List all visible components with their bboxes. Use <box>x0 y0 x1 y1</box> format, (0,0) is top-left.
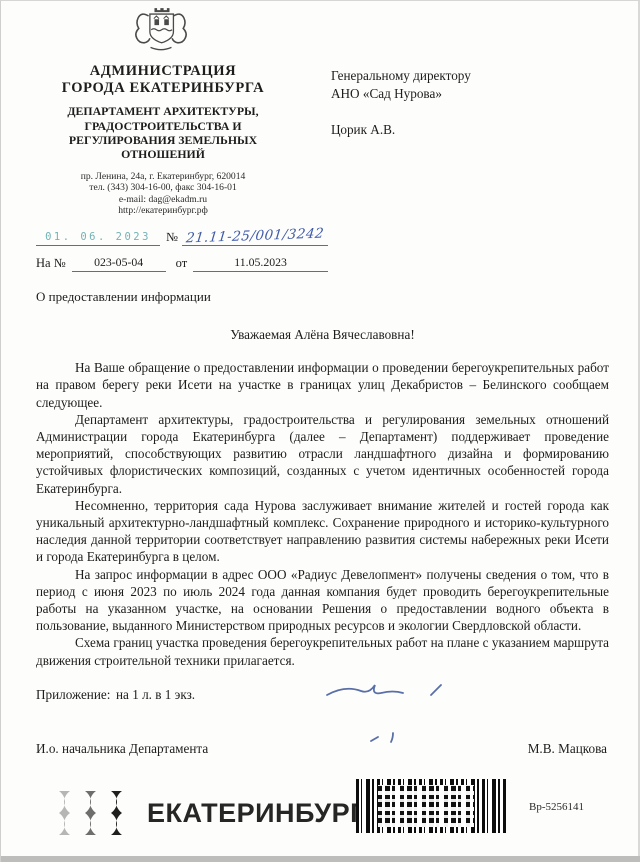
body-paragraph: Схема границ участка проведения берегоук… <box>36 634 609 668</box>
email-address: e-mail: dag@ekadm.ru <box>29 194 297 206</box>
postal-address: пр. Ленина, 24а, г. Екатеринбург, 620014 <box>29 171 297 183</box>
phone-fax: тел. (343) 304-16-00, факс 304-16-01 <box>29 182 297 194</box>
addressee-organization: АНО «Сад Нурова» <box>331 85 471 103</box>
addressee-block: Генеральному директору АНО «Сад Нурова» … <box>331 67 471 138</box>
handwritten-outgoing-number: 21.11-25/001/3242 <box>185 226 325 247</box>
body-paragraph: Несомненно, территория сада Нурова заслу… <box>36 497 609 566</box>
department-line: ГРАДОСТРОИТЕЛЬСТВА И <box>29 119 297 133</box>
issuer-block: АДМИНИСТРАЦИЯ ГОРОДА ЕКАТЕРИНБУРГА ДЕПАР… <box>29 63 297 217</box>
date-stamp: 01. 06. 2023 <box>45 231 151 243</box>
incoming-date-value: 11.05.2023 <box>193 255 328 272</box>
org-name-line1: АДМИНИСТРАЦИЯ <box>29 63 297 80</box>
org-name-line2: ГОРОДА ЕКАТЕРИНБУРГА <box>29 80 297 97</box>
incoming-number-value: 023-05-04 <box>72 255 166 272</box>
registration-code: Вр-5256141 <box>529 801 584 813</box>
body-paragraph: Департамент архитектуры, градостроительс… <box>36 411 609 497</box>
incoming-number-label: На № <box>36 256 72 272</box>
department-line: ДЕПАРТАМЕНТ АРХИТЕКТУРЫ, <box>29 104 297 118</box>
scan-edge <box>1 856 640 862</box>
footer-city-name: ЕКАТЕРИНБУРГ <box>147 798 366 829</box>
scanned-letter-page: АДМИНИСТРАЦИЯ ГОРОДА ЕКАТЕРИНБУРГА ДЕПАР… <box>0 0 640 862</box>
letter-body: Уважаемая Алёна Вячеславовна! На Ваше об… <box>36 326 609 703</box>
department-line: ОТНОШЕНИЙ <box>29 147 297 161</box>
attachment-label: Приложение: <box>36 686 116 703</box>
barcode-matrix-pattern <box>378 785 474 827</box>
signer-name: М.В. Мацкова <box>528 741 607 757</box>
outgoing-date-field: 01. 06. 2023 <box>36 229 160 246</box>
signature-row: И.о. начальника Департамента М.В. Мацков… <box>36 741 607 757</box>
website-url: http://екатеринбург.рф <box>29 205 297 217</box>
addressee-title: Генеральному директору <box>331 67 471 85</box>
body-paragraph: На запрос информации в адрес ООО «Радиус… <box>36 566 609 635</box>
yekaterinburg-coat-of-arms-icon <box>127 5 195 61</box>
department-line: РЕГУЛИРОВАНИЯ ЗЕМЕЛЬНЫХ <box>29 133 297 147</box>
salutation: Уважаемая Алёна Вячеславовна! <box>36 326 609 343</box>
letter-subject: О предоставлении информации <box>36 289 211 305</box>
attachment-value: на 1 л. в 1 экз. <box>116 686 195 703</box>
signature-stroke-icon <box>319 673 459 748</box>
reference-block: 01. 06. 2023 № 21.11-25/001/3242 На № 02… <box>36 228 328 272</box>
addressee-name: Цорик А.В. <box>331 121 471 139</box>
barcode <box>356 779 506 833</box>
number-sign-label: № <box>160 230 182 246</box>
body-paragraph: На Ваше обращение о предоставлении инфор… <box>36 359 609 411</box>
ekaterinburg-logo-icon <box>57 791 133 835</box>
outgoing-number-field: 21.11-25/001/3242 <box>182 228 328 246</box>
coat-of-arms-emblem <box>127 5 195 66</box>
signer-position: И.о. начальника Департамента <box>36 741 208 757</box>
from-label: от <box>166 256 194 272</box>
